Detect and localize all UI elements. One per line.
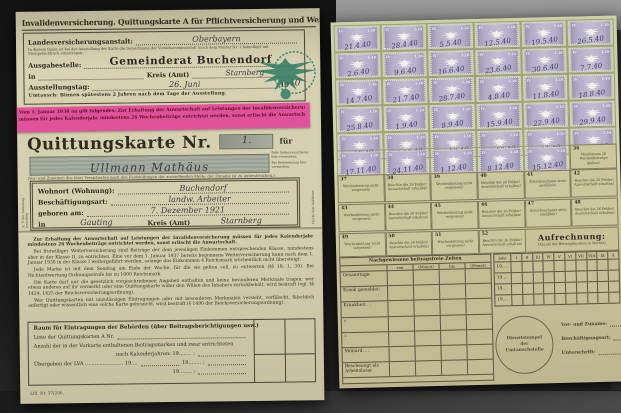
- week-cell-36: 36 Mindestens 26 Wochenbeiträge kleben!: [570, 144, 617, 170]
- empty-cell: [441, 360, 467, 375]
- empty-cell: [440, 315, 466, 330]
- stamp-value-label: 1.10: [416, 135, 424, 139]
- empty-cell: [466, 329, 492, 344]
- week-cell: 38 Beachte die 26 Felder! Anwartschaft e…: [384, 173, 431, 202]
- week-number: 42: [574, 171, 581, 176]
- empty-cell: [598, 293, 609, 303]
- photo-of-quittungskarte: Invalidenversicherung. Quittungskarte A …: [0, 0, 621, 413]
- week-number: 36: [573, 146, 580, 151]
- year-label: 19....: [495, 295, 511, 305]
- stamp-class-label: IV: [526, 52, 530, 56]
- empty-cell: [413, 300, 439, 315]
- row-label: Bescheinigt als Arbeitsloser: [343, 362, 389, 377]
- aufrechnung-header: Aufrechnung: (Anzahl der Beitragsmarken …: [525, 227, 619, 253]
- empty-cell: [554, 294, 565, 304]
- card-list-line: Liste der Quittungskarten A Nr.: [34, 332, 249, 341]
- aufrechnung-table: Jahr I II III IV V VI VII VIII IX X: [493, 251, 620, 307]
- row-label: Krankheit . .: [341, 302, 387, 317]
- signature-line: Vor- und Zuname:: [561, 321, 621, 327]
- occupation-label: Beschäftigungsart:: [38, 198, 108, 207]
- stamp-class-label: IV: [433, 54, 437, 58]
- class-header: I: [510, 254, 521, 261]
- empty-cell: [586, 260, 597, 270]
- stamp-value-label: 1.10: [510, 150, 518, 154]
- empty-cell: [388, 316, 414, 331]
- empty-cell: [575, 271, 586, 281]
- stamp-cell: IV 1.10 1.9.40: [382, 104, 429, 132]
- empty-cell: [532, 272, 543, 282]
- fuer-label: für: [280, 137, 293, 146]
- stamp-value-label: 1.10: [414, 54, 422, 58]
- stamp-cell: IV 1.10 19.5.40: [520, 20, 567, 48]
- year-label: 19....: [495, 284, 511, 294]
- ausgabestelle-label: Ausgabestelle:: [28, 61, 81, 70]
- stamp-value-label: 1.10: [415, 81, 423, 85]
- stamp-value-label: 1.10: [463, 151, 471, 155]
- stamp-class-label: IV: [339, 56, 343, 60]
- stamp-cell: IV 1.10 11.8.40: [522, 74, 569, 102]
- stamp-cell: IV 1.10 25.8.40: [336, 105, 383, 133]
- stamp-value-label: 1.10: [602, 77, 610, 81]
- empty-cell: [522, 295, 533, 305]
- empty-cell: [554, 283, 565, 293]
- empty-cell: [543, 283, 554, 293]
- stamp-class-label: IV: [388, 153, 392, 157]
- stamp-class-label: IV: [339, 29, 343, 33]
- stamp-class-label: IV: [388, 136, 392, 140]
- side-note-1: Falls Selbstversicherer, hier vermerken.: [271, 151, 311, 159]
- stamp-cell: IV 1.10 23.6.40: [474, 48, 521, 76]
- stamp-value-label: 1.10: [462, 80, 470, 84]
- empty-cell: [388, 331, 414, 346]
- handover-and-year-2: Übergeben der LVA ......................…: [34, 359, 249, 368]
- stamp-class-label: IV: [527, 79, 531, 83]
- empty-cell: [544, 294, 555, 304]
- authority-entries-box: Raum für Eintragungen der Behörden (über…: [27, 318, 316, 386]
- circle-line-3: Umtauschstelle: [505, 347, 543, 354]
- empty-cell: [543, 261, 554, 271]
- stamp-value-label: 1.10: [368, 82, 376, 86]
- empty-cell: [440, 345, 466, 360]
- week-cell: 45 Wochenbeitrag nicht vergessen!: [431, 201, 478, 230]
- row-label: Militärd. . .: [342, 347, 388, 362]
- stamp-value-label: 1.10: [510, 133, 518, 137]
- stamp-cell: IV 1.10 1.12.40: [430, 147, 477, 175]
- week-reminder-text: Mindestens 26 Wochenbeiträge kleben!: [573, 152, 614, 166]
- left-margin-vertical-note: A. II der Anleitung beachten: [22, 184, 30, 228]
- stamp-cell: IV 1.10 18.8.40: [568, 73, 615, 101]
- week-number: 41: [527, 173, 534, 178]
- residence-handwriting: Buchendorf: [117, 183, 288, 195]
- week-reminder-text: Beachte die 26 Felder! Anwartschaft erha…: [481, 209, 522, 218]
- signature-label: Vor- und Zuname:: [561, 322, 607, 328]
- stamp-cell: IV 1.10 12.5.40: [474, 21, 521, 49]
- blank-line: [198, 373, 246, 375]
- jahr-header: Jahr: [494, 254, 510, 261]
- stamp-cell: IV 1.10 17.11.40: [337, 149, 384, 177]
- stamp-class-label: IV: [528, 133, 532, 137]
- card-number-row: Quittungskarte Nr. 1. für: [27, 131, 311, 153]
- stamp-cell: IV 1.10 28.7.40: [428, 76, 475, 104]
- card-list-label: Liste der Quittungskarten A Nr.: [34, 334, 115, 341]
- signature-label: Beschäftigungsort:: [561, 336, 610, 342]
- col-bis: bis: [438, 263, 464, 269]
- right-margin-vertical-note: Marke hier bekleben: [312, 180, 316, 224]
- stamp-cell: IV 1.10 15.12.40: [523, 145, 570, 173]
- stamp-cell: IV 1.10 8.12.40: [477, 146, 524, 174]
- week-cell: 42 Beachte die 26 Felder! Anwartschaft e…: [571, 169, 618, 198]
- stamp-cell: IV 1.10 2.6.40: [334, 51, 381, 79]
- empty-cell: [587, 282, 598, 292]
- stamp-cell: IV 1.10 24.11.40: [383, 148, 430, 176]
- blank-line: [207, 364, 245, 365]
- empty-cell: [564, 261, 575, 271]
- card-front-page: Invalidenversicherung. Quittungskarte A …: [16, 8, 325, 404]
- dotted-line: [614, 339, 621, 340]
- stamp-class-label: IV: [572, 23, 576, 27]
- stamp-cell: IV 1.10 4.8.40: [475, 75, 522, 103]
- stamp-value-label: 1.10: [462, 107, 470, 111]
- stamp-class-label: IV: [480, 80, 484, 84]
- week-cell: 49 Wochenbeitrag nicht vergessen!: [339, 232, 386, 257]
- stamp-class-label: IV: [435, 135, 439, 139]
- year-rows: 19.... 19.... 19.... 19....: [494, 260, 619, 306]
- week-number: 50: [388, 234, 395, 239]
- empty-cell: [414, 331, 440, 346]
- week-reminder-text: Wochenbeitrag nicht vergessen!: [342, 241, 383, 250]
- week-cell: 40 Beachte die 26 Felder! Anwartschaft e…: [477, 171, 524, 200]
- year-label: 19....: [495, 273, 511, 283]
- official-eagle-postmark-icon: [248, 46, 323, 105]
- week-number: 45: [434, 204, 441, 209]
- empty-cell: [413, 270, 439, 285]
- week-reminder-text: Beachte die 26 Felder! Anwartschaft erha…: [389, 240, 430, 249]
- row-label: Gesamttage:: [341, 271, 387, 286]
- prev-card-count-line: Anzahl der in der Vorkarte enthaltenen B…: [34, 341, 249, 350]
- week-number: 39: [434, 175, 441, 180]
- class-header: VIII: [586, 252, 597, 259]
- card-stamp-page: IV 1.10 21.4.40 IV 1.10 28.4.40: [331, 16, 621, 389]
- stamp-class-label: IV: [574, 104, 578, 108]
- empty-cell: [511, 295, 522, 305]
- empty-cell: [532, 261, 543, 271]
- stamp-cell: IV 1.10 14.7.40: [335, 78, 382, 106]
- stamp-value-label: 1.10: [603, 131, 611, 135]
- side-note-2: Bei Rentenbezug hier vermerken.: [271, 161, 311, 169]
- stamp-value-label: 1.10: [370, 153, 378, 157]
- office-stamp-block: Dienststempel der Umtauschstelle Vor- un…: [495, 307, 621, 380]
- empty-cell: [415, 361, 441, 376]
- in-label: in: [28, 73, 35, 81]
- empty-cell: [465, 269, 491, 284]
- empty-cell: [414, 315, 440, 330]
- week-cell: 39 Wochenbeitrag nicht vergessen!: [431, 172, 478, 201]
- empty-cell: [439, 269, 465, 284]
- lva-value-handwriting: Oberbayern: [136, 33, 297, 45]
- row-label: Krank gemeldet:: [341, 286, 387, 301]
- stamp-value-label: 1.10: [461, 53, 469, 57]
- lva-label: Landesversicherungsanstalt:: [28, 37, 133, 46]
- stamp-cell: IV 1.10 15.9.40: [476, 102, 523, 130]
- empty-cell: [387, 286, 413, 301]
- stamp-cell: IV 1.10 21.7.40: [382, 77, 429, 105]
- col-monat1: (Monat): [412, 264, 438, 270]
- week-cell: 44 Beachte die 26 Felder! Anwartschaft e…: [385, 202, 432, 231]
- week-number: 46: [481, 203, 488, 208]
- stamp-class-label: IV: [385, 28, 389, 32]
- card-title: Quittungskarte Nr.: [27, 132, 212, 153]
- week-cell: 43 Wochenbeitrag nicht vergessen!: [338, 203, 385, 232]
- empty-cell: [586, 271, 597, 281]
- year-entry-3: 19........ :: [173, 369, 195, 375]
- per-year-line-1: nach Kalenderjahren: 19........ :: [34, 350, 249, 359]
- empty-cell: [521, 262, 532, 272]
- week-cell: 50 Beachte die 26 Felder! Anwartschaft e…: [385, 231, 432, 256]
- week-reminder-text: Wochenbeitrag nicht vergessen!: [434, 210, 475, 219]
- dotted-line: [598, 353, 621, 355]
- empty-cell: [440, 330, 466, 345]
- week-number: 47: [528, 202, 535, 207]
- signature-line: Beschäftigungsort:: [561, 335, 621, 341]
- week-reminder-text: Beachte die 26 Felder! Anwartschaft erha…: [388, 211, 429, 220]
- empty-cell: [597, 260, 608, 270]
- blank-line: [141, 365, 179, 366]
- stamp-value-label: 1.10: [509, 106, 517, 110]
- kreis-label: Kreis (Amt): [147, 71, 190, 80]
- issue-date-label: Ausstellungstag:: [28, 83, 89, 92]
- week-reminder-text: Zwischenräume stets ausfüllen!: [528, 208, 569, 217]
- stamp-value-label: 1.10: [369, 109, 377, 113]
- blank-line: [117, 337, 245, 340]
- stamp-class-label: IV: [527, 106, 531, 110]
- empty-cell: [608, 282, 619, 292]
- class-header: IV: [543, 253, 554, 260]
- stamp-cell: IV 1.10 26.5.40: [567, 19, 614, 47]
- empty-cell: [439, 284, 465, 299]
- week-cell: 52 Beachte die 26 Felder! Anwartschaft e…: [479, 229, 526, 254]
- stamp-value-label: 1.10: [601, 50, 609, 54]
- birthplace-row: in Gauting Kreis (Amt) Starnberg: [38, 216, 292, 229]
- stamp-value-label: 1.10: [600, 23, 608, 27]
- year-label: 19....: [494, 262, 510, 272]
- col-monat2: (Monat): [464, 263, 490, 269]
- empty-cell: [543, 272, 554, 282]
- week-number: 38: [387, 176, 394, 181]
- empty-cell: [466, 314, 492, 329]
- legal-paragraph: Bei freiwilliger Weiterversicherung sind…: [28, 247, 314, 267]
- dotted-line: [610, 325, 621, 326]
- stamp-class-label: IV: [387, 82, 391, 86]
- week-cell: 37 Wochenbeitrag nicht vergessen!: [337, 174, 384, 203]
- pink-notice-slip: Vom 1. Januar 1938 an gilt folgendes: Zu…: [16, 103, 310, 133]
- stamp-class-label: IV: [481, 107, 485, 111]
- stamp-class-label: IV: [387, 109, 391, 113]
- stamp-value-label: 1.10: [555, 78, 563, 82]
- empty-cell: [575, 260, 586, 270]
- week-number: 51: [435, 233, 442, 238]
- stamp-class-label: IV: [573, 77, 577, 81]
- stamp-cell: IV 1.10 8.9.40: [429, 103, 476, 131]
- stamp-cell: IV 1.10 22.9.40: [522, 101, 569, 129]
- empty-cell: [521, 273, 532, 283]
- class-header: III: [532, 253, 543, 260]
- stamp-class-label: IV: [340, 83, 344, 87]
- empty-cell: [565, 272, 576, 282]
- class-header: II: [521, 254, 532, 261]
- week-number: 49: [342, 235, 349, 240]
- year-entry-1: nach Kalenderjahren: 19........ :: [116, 351, 195, 358]
- stamp-value-label: 1.10: [508, 52, 516, 56]
- empty-cell: [565, 283, 576, 293]
- empty-cell: [533, 283, 544, 293]
- stamp-value-label: 1.10: [554, 24, 562, 28]
- stamp-cell: IV 1.10 16.6.40: [428, 49, 475, 77]
- stamp-cell: IV 1.10 21.4.40: [334, 24, 381, 52]
- insured-name-handwriting: Ullmann Mathäus: [90, 160, 209, 175]
- empty-cell: [387, 271, 413, 286]
- week-number: 52: [482, 232, 489, 237]
- empty-cell: [522, 284, 533, 294]
- week-cell: 46 Beachte die 26 Felder! Anwartschaft e…: [478, 200, 525, 229]
- empty-cell: [465, 284, 491, 299]
- birthplace-in-label: in: [38, 221, 45, 229]
- legal-text-block: Zur Erhaltung der Anwartschaft auf Leist…: [27, 234, 314, 311]
- stamp-value-label: 1.10: [557, 149, 565, 153]
- stamp-class-label: IV: [525, 25, 529, 29]
- empty-cell: [554, 261, 565, 271]
- empty-cell: [587, 293, 598, 303]
- stamp-value-label: 1.10: [507, 25, 515, 29]
- residence-label: Wohnort (Wohnung):: [38, 187, 115, 196]
- birthplace-handwriting: Gauting: [48, 217, 144, 228]
- signature-line: Unterschrift:: [562, 349, 621, 355]
- stamp-cell: IV 1.10 30.6.40: [521, 47, 568, 75]
- empty-cell: [389, 362, 415, 377]
- card-number-box: 1.: [220, 134, 274, 150]
- card-header-title: Invalidenversicherung. Quittungskarte A …: [22, 15, 316, 31]
- stamp-value-label: 1.10: [414, 27, 422, 31]
- week-reminder-text: Beachte die 26 Felder! Anwartschaft erha…: [482, 238, 523, 247]
- week-reminder-text: Zwischenräume stets ausfüllen!: [527, 179, 568, 188]
- class-header: V: [553, 253, 564, 260]
- empty-cell: [597, 271, 608, 281]
- lower-tables-area: Nachgewiesene beitragsfreie Zeiten von (…: [339, 251, 621, 385]
- per-year-line-3: 19........ :: [34, 368, 249, 377]
- stamp-class-label: IV: [342, 154, 346, 158]
- contribution-free-times-table: Nachgewiesene beitragsfreie Zeiten von (…: [339, 254, 494, 385]
- week-reminder-text: Beachte die 26 Felder! Anwartschaft erha…: [480, 180, 521, 189]
- service-stamp-circle: Dienststempel der Umtauschstelle: [495, 315, 554, 374]
- empty-cell: [608, 260, 619, 270]
- week-reminder-text: Beachte die 26 Felder! Anwartschaft erha…: [574, 178, 615, 187]
- empty-cell: [511, 284, 522, 294]
- empty-cell: [511, 273, 522, 283]
- stamp-value-label: 1.10: [463, 134, 471, 138]
- stamp-class-label: IV: [386, 55, 390, 59]
- empty-cell: [597, 282, 608, 292]
- authority-box-grid: [253, 319, 315, 382]
- stamp-class-label: IV: [573, 50, 577, 54]
- stamp-value-label: 1.10: [417, 152, 425, 156]
- stamp-value-label: 1.10: [367, 28, 375, 32]
- week-cell: 41 Zwischenräume stets ausfüllen!: [524, 170, 571, 199]
- empty-cell: [608, 271, 619, 281]
- stamp-value-label: 1.10: [370, 136, 378, 140]
- empty-cell: [388, 346, 414, 361]
- signature-label: Unterschrift:: [562, 350, 596, 356]
- blank-line: [198, 355, 246, 357]
- stamp-class-label: IV: [341, 137, 345, 141]
- personal-data-box: Wohnort (Wohnung): Buchendorf Beschäftig…: [32, 179, 299, 228]
- empty-cell: [554, 272, 565, 282]
- stamp-cell: IV 1.10 28.4.40: [380, 23, 427, 51]
- week-number: 48: [574, 200, 581, 205]
- stamp-grid-weeks-1-30: IV 1.10 21.4.40 IV 1.10 28.4.40: [334, 19, 617, 161]
- stamp-value-label: 1.10: [556, 105, 564, 109]
- empty-cell: [510, 262, 521, 272]
- aufrechnung-subtitle: (Anzahl der Beitragsmarken in Worten): [526, 241, 618, 247]
- year-row: 19....: [495, 293, 619, 306]
- birth-kreis-label: Kreis (Amt): [147, 219, 190, 228]
- stamp-class-label: IV: [481, 134, 485, 138]
- stamp-class-label: IV: [575, 131, 579, 135]
- birth-kreis-handwriting: Starnberg: [193, 216, 289, 227]
- week-reminder-text: Wochenbeitrag nicht vergessen!: [341, 212, 382, 221]
- week-reminder-text: Beachte die 26 Felder! Anwartschaft erha…: [387, 182, 428, 191]
- class-header: X: [607, 252, 618, 259]
- printer-footnote: Lfd. Nr. 37/206.: [30, 390, 64, 395]
- week-reminder-text: Wochenbeitrag nicht vergessen!: [434, 181, 475, 190]
- aufrechnung-column: Jahr I II III IV V VI VII VIII IX X: [493, 251, 621, 381]
- empty-cell: [414, 346, 440, 361]
- left-table-row: Bescheinigt als Arbeitsloser: [343, 360, 493, 379]
- birthdate-label: geboren am:: [38, 209, 84, 218]
- week-reminder-text: Wochenbeitrag nicht vergessen!: [435, 239, 476, 248]
- stamp-class-label: IV: [435, 152, 439, 156]
- class-header: IX: [597, 252, 608, 259]
- col-von: von: [386, 265, 412, 271]
- empty-cell: [413, 285, 439, 300]
- empty-cell: [565, 294, 576, 304]
- empty-cell: [576, 293, 587, 303]
- week-number: 44: [388, 205, 395, 210]
- stamp-class-label: IV: [482, 151, 486, 155]
- stamp-class-label: IV: [432, 27, 436, 31]
- stamp-class-label: IV: [434, 108, 438, 112]
- week-cell: 47 Zwischenräume stets ausfüllen!: [525, 199, 572, 228]
- stamp-value-label: 1.10: [602, 104, 610, 108]
- legal-paragraph: Wer Quittungskarten mit unzulässigen Ein…: [28, 295, 314, 309]
- class-header: VII: [575, 252, 586, 259]
- empty-cell: [467, 360, 493, 375]
- week-cell: 51 Wochenbeitrag nicht vergessen!: [432, 230, 479, 255]
- empty-cell: [439, 300, 465, 315]
- stamp-class-label: IV: [433, 81, 437, 85]
- stamp-cell: IV 1.10 9.6.40: [381, 50, 428, 78]
- empty-cell: [466, 345, 492, 360]
- week-reminder-text: Beachte die 26 Felder! Anwartschaft erha…: [574, 207, 615, 216]
- week-cell: 48 Beachte die 26 Felder! Anwartschaft e…: [571, 198, 618, 227]
- stamp-class-label: IV: [479, 53, 483, 57]
- stamp-cell: IV 1.10 29.9.40: [569, 100, 616, 128]
- signature-lines: Vor- und Zuname: Beschäftigungsort: Unte…: [561, 321, 621, 364]
- row-label: »: [342, 317, 388, 332]
- stamp-class-label: IV: [479, 26, 483, 30]
- empty-cell: [387, 301, 413, 316]
- week-number: 37: [340, 177, 347, 182]
- stamp-value-label: 1.10: [368, 55, 376, 59]
- stamp-class-label: IV: [528, 150, 532, 154]
